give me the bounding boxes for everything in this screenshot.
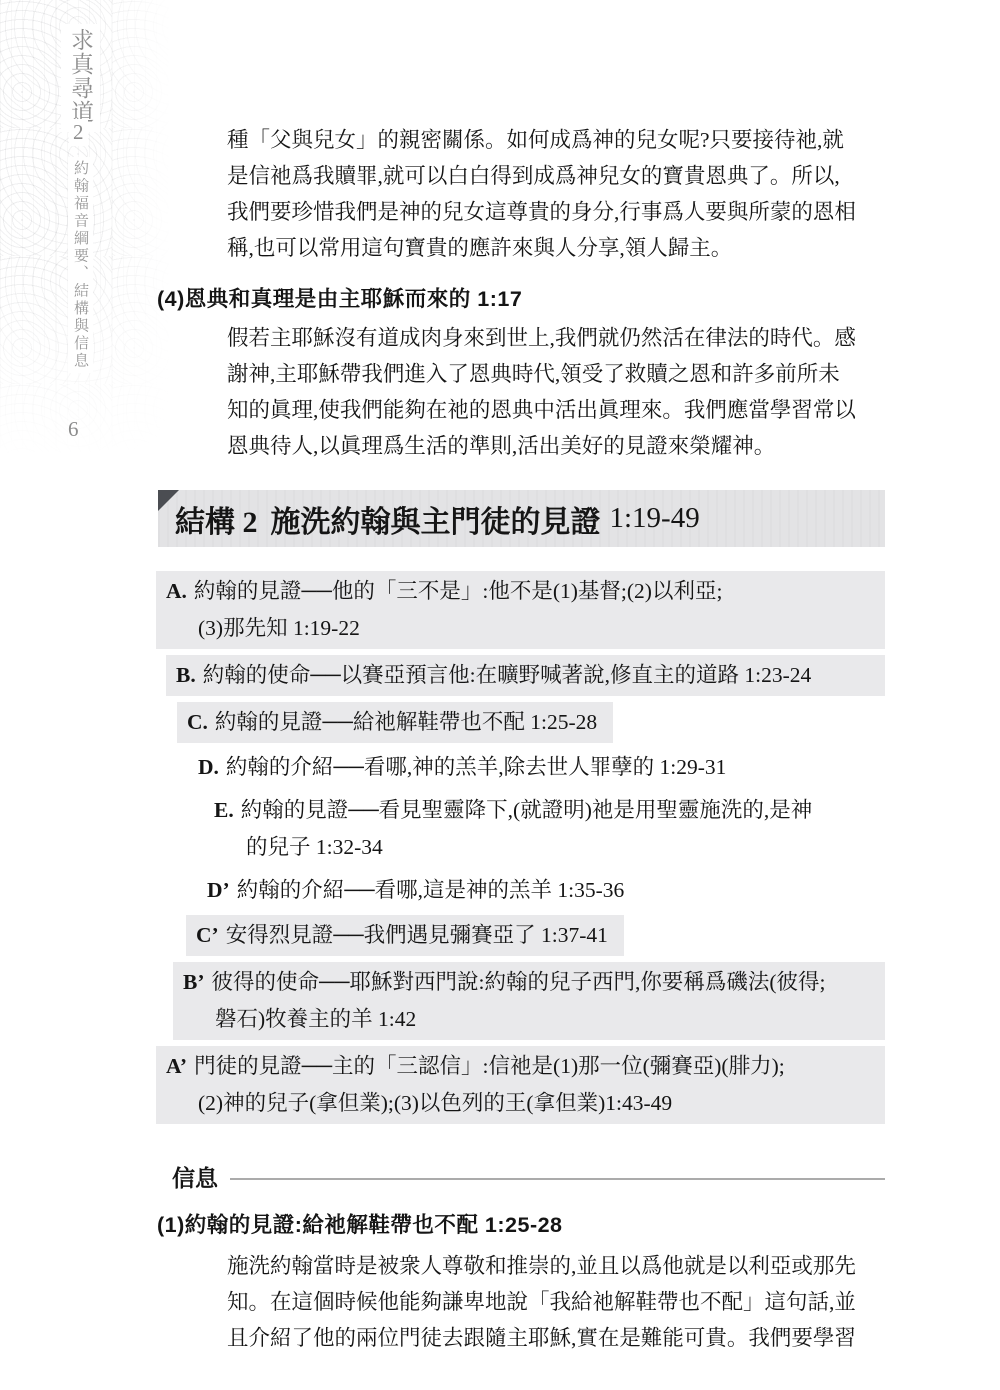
- outline-item-a: A.約翰的見證──他的「三不是」:他不是(1)基督;(2)以利亞; (3)那先知…: [156, 571, 885, 649]
- outline-marker: C.: [187, 710, 208, 734]
- main-content: 種「父與兒女」的親密關係。如何成爲神的兒女呢?只要接待祂,就 是信祂爲我贖罪,就…: [150, 0, 885, 1356]
- outline-line: E.約翰的見證──看見聖靈降下,(就證明)祂是用聖靈施洗的,是神: [204, 792, 885, 829]
- outline-marker: D.: [198, 755, 219, 779]
- corner-triangle-icon: [158, 490, 179, 511]
- outline-text: 門徒的見證──主的「三認信」:信祂是(1)那一位(彌賽亞)(腓力);: [194, 1054, 785, 1078]
- message-heading-row: 信息: [172, 1164, 885, 1194]
- outline-line: D.約翰的介紹──看哪,神的羔羊,除去世人罪孽的 1:29-31: [188, 749, 885, 786]
- outline-line: (3)那先知 1:19-22: [156, 610, 885, 647]
- outline-text: 約翰的見證──看見聖靈降下,(就證明)祂是用聖靈施洗的,是神: [241, 798, 813, 822]
- outline-item-d-prime: D’約翰的介紹──看哪,這是神的羔羊 1:35-36: [197, 872, 885, 909]
- heading-message-1: (1)約翰的見證:給祂解鞋帶也不配 1:25-28: [157, 1210, 885, 1240]
- outline-line: C’安得烈見證──我們遇見彌賽亞了 1:37-41: [186, 915, 624, 956]
- outline-line: B’彼得的使命──耶穌對西門說:約翰的兒子西門,你要稱爲磯法(彼得;: [173, 964, 885, 1001]
- outline-marker: B’: [183, 970, 205, 994]
- outline-text: 約翰的見證──他的「三不是」:他不是(1)基督;(2)以利亞;: [194, 579, 723, 603]
- outline-item-c-prime: C’安得烈見證──我們遇見彌賽亞了 1:37-41: [186, 915, 885, 956]
- structure-band-title: 施洗約翰與主門徒的見證: [271, 497, 601, 541]
- outline-line: D’約翰的介紹──看哪,這是神的羔羊 1:35-36: [197, 872, 885, 909]
- structure-2-header-band: 結構 2 施洗約翰與主門徒的見證 1:19-49: [158, 490, 885, 547]
- outline-line: 磐石)牧養主的羊 1:42: [173, 1001, 885, 1038]
- chiastic-outline: A.約翰的見證──他的「三不是」:他不是(1)基督;(2)以利亞; (3)那先知…: [150, 571, 885, 1124]
- outline-text: 約翰的介紹──看哪,這是神的羔羊 1:35-36: [237, 878, 625, 902]
- outline-line: A.約翰的見證──他的「三不是」:他不是(1)基督;(2)以利亞;: [156, 573, 885, 610]
- outline-item-b: B.約翰的使命──以賽亞預言他:在曠野喊著說,修直主的道路 1:23-24: [166, 655, 885, 696]
- heading-rule: [230, 1178, 885, 1180]
- page-number: 6: [68, 417, 79, 442]
- outline-text: 彼得的使命──耶穌對西門說:約翰的兒子西門,你要稱爲磯法(彼得;: [212, 970, 826, 994]
- structure-band-label: 結構 2: [175, 497, 258, 541]
- outline-line: A’門徒的見證──主的「三認信」:信祂是(1)那一位(彌賽亞)(腓力);: [156, 1048, 885, 1085]
- book-page: 求真尋道 2 約翰福音綱要、結構與信息 6 種「父與兒女」的親密關係。如何成爲神…: [0, 0, 1000, 1390]
- outline-marker: C’: [196, 923, 219, 947]
- outline-text: 約翰的介紹──看哪,神的羔羊,除去世人罪孽的 1:29-31: [226, 755, 726, 779]
- outline-text: 約翰的使命──以賽亞預言他:在曠野喊著說,修直主的道路 1:23-24: [203, 663, 812, 687]
- outline-item-e: E.約翰的見證──看見聖靈降下,(就證明)祂是用聖靈施洗的,是神 的兒子 1:3…: [204, 792, 885, 866]
- book-subtitle: 約翰福音綱要、結構與信息: [68, 157, 93, 373]
- outline-marker: D’: [207, 878, 230, 902]
- outline-item-b-prime: B’彼得的使命──耶穌對西門說:約翰的兒子西門,你要稱爲磯法(彼得; 磐石)牧養…: [173, 962, 885, 1040]
- outline-item-d: D.約翰的介紹──看哪,神的羔羊,除去世人罪孽的 1:29-31: [188, 749, 885, 786]
- outline-text: 安得烈見證──我們遇見彌賽亞了 1:37-41: [226, 923, 608, 947]
- outline-line: B.約翰的使命──以賽亞預言他:在曠野喊著說,修直主的道路 1:23-24: [166, 657, 885, 694]
- series-number: 2: [69, 119, 88, 146]
- structure-band-reference: 1:19-49: [610, 502, 700, 535]
- heading-section-4: (4)恩典和真理是由主耶穌而來的 1:17: [157, 284, 885, 314]
- outline-marker: A.: [166, 579, 187, 603]
- outline-marker: B.: [176, 663, 196, 687]
- outline-marker: E.: [214, 798, 234, 822]
- outline-marker: A’: [166, 1054, 187, 1078]
- outline-item-c: C.約翰的見證──給祂解鞋帶也不配 1:25-28: [177, 702, 885, 743]
- outline-item-a-prime: A’門徒的見證──主的「三認信」:信祂是(1)那一位(彌賽亞)(腓力); (2)…: [156, 1046, 885, 1124]
- outline-line: (2)神的兒子(拿但業);(3)以色列的王(拿但業)1:43-49: [156, 1085, 885, 1122]
- outline-line: 的兒子 1:32-34: [204, 829, 885, 866]
- message-heading: 信息: [172, 1164, 218, 1194]
- outline-text: 約翰的見證──給祂解鞋帶也不配 1:25-28: [215, 710, 597, 734]
- paragraph-message-1: 施洗約翰當時是被衆人尊敬和推崇的,並且以爲他就是以利亞或那先 知。在這個時候他能…: [227, 1248, 887, 1356]
- series-title: 求真尋道: [61, 24, 100, 132]
- outline-line: C.約翰的見證──給祂解鞋帶也不配 1:25-28: [177, 702, 613, 743]
- paragraph-section-4: 假若主耶穌沒有道成肉身來到世上,我們就仍然活在律法的時代。感 謝神,主耶穌帶我們…: [227, 320, 887, 464]
- paragraph-intro: 種「父與兒女」的親密關係。如何成爲神的兒女呢?只要接待祂,就 是信祂爲我贖罪,就…: [227, 122, 887, 266]
